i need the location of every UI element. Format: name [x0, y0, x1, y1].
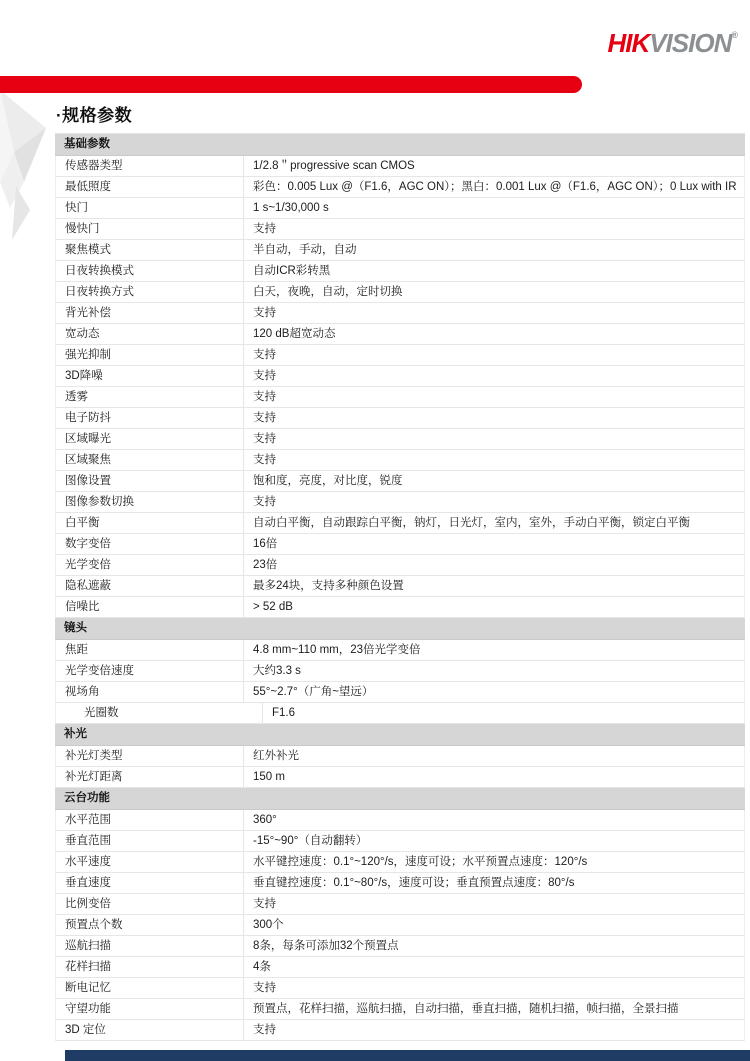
spec-label: 巡航扫描 [56, 936, 244, 956]
spec-value: 最多24块，支持多种颜色设置 [244, 576, 744, 596]
spec-row: 隐私遮蔽最多24块，支持多种颜色设置 [55, 576, 745, 597]
spec-row: 透雾支持 [55, 387, 745, 408]
spec-value: 支持 [244, 1020, 744, 1040]
spec-value: 4.8 mm~110 mm，23倍光学变倍 [244, 640, 744, 660]
spec-label: 宽动态 [56, 324, 244, 344]
spec-label: 水平范围 [56, 810, 244, 830]
spec-value: 支持 [244, 450, 744, 470]
spec-row: 比例变倍支持 [55, 894, 745, 915]
spec-value: 支持 [244, 366, 744, 386]
spec-row: 3D降噪支持 [55, 366, 745, 387]
spec-label: 守望功能 [56, 999, 244, 1019]
spec-value: 饱和度，亮度，对比度，锐度 [244, 471, 744, 491]
spec-label: 3D 定位 [56, 1020, 244, 1040]
spec-row: 聚焦模式半自动，手动，自动 [55, 240, 745, 261]
spec-row: 3D 定位支持 [55, 1020, 745, 1041]
spec-row: 日夜转换方式白天，夜晚，自动，定时切换 [55, 282, 745, 303]
spec-label: 聚焦模式 [56, 240, 244, 260]
spec-row: 慢快门支持 [55, 219, 745, 240]
spec-label: 图像设置 [56, 471, 244, 491]
spec-value: 垂直键控速度：0.1°~80°/s，速度可设；垂直预置点速度：80°/s [244, 873, 744, 893]
spec-row: 花样扫描4条 [55, 957, 745, 978]
spec-row: 区域聚焦支持 [55, 450, 745, 471]
spec-value: 4条 [244, 957, 744, 977]
spec-row: 快门1 s~1/30,000 s [55, 198, 745, 219]
spec-label: 比例变倍 [56, 894, 244, 914]
spec-label: 断电记忆 [56, 978, 244, 998]
spec-row: 图像设置饱和度，亮度，对比度，锐度 [55, 471, 745, 492]
spec-row: 水平速度水平键控速度：0.1°~120°/s，速度可设；水平预置点速度：120°… [55, 852, 745, 873]
spec-label: 透雾 [56, 387, 244, 407]
hikvision-logo: HIKVISION® [607, 28, 738, 59]
spec-value: 支持 [244, 408, 744, 428]
spec-label: 传感器类型 [56, 156, 244, 176]
spec-row: 信噪比> 52 dB [55, 597, 745, 618]
spec-label: 图像参数切换 [56, 492, 244, 512]
spec-row: 焦距4.8 mm~110 mm，23倍光学变倍 [55, 640, 745, 661]
spec-row: 电子防抖支持 [55, 408, 745, 429]
spec-value: 支持 [244, 894, 744, 914]
registered-mark: ® [731, 30, 738, 40]
spec-label: 光学变倍速度 [56, 661, 244, 681]
spec-row: 背光补偿支持 [55, 303, 745, 324]
spec-label: 日夜转换模式 [56, 261, 244, 281]
spec-row: 断电记忆支持 [55, 978, 745, 999]
footer-bar [65, 1050, 750, 1061]
spec-value: 自动ICR彩转黑 [244, 261, 744, 281]
spec-row: 水平范围360° [55, 810, 745, 831]
spec-label: 数字变倍 [56, 534, 244, 554]
spec-value: 自动白平衡，自动跟踪白平衡，钠灯，日光灯，室内，室外，手动白平衡，锁定白平衡 [244, 513, 744, 533]
spec-label: 区域聚焦 [56, 450, 244, 470]
spec-value: 300个 [244, 915, 744, 935]
section-header: 云台功能 [55, 788, 745, 810]
spec-label: 隐私遮蔽 [56, 576, 244, 596]
spec-value: 55°~2.7°（广角~望远） [244, 682, 744, 702]
spec-value: 支持 [244, 429, 744, 449]
spec-row: 传感器类型1/2.8＂progressive scan CMOS [55, 156, 745, 177]
spec-value: 120 dB超宽动态 [244, 324, 744, 344]
page-title: ·规格参数 [56, 101, 132, 126]
spec-row: 预置点个数300个 [55, 915, 745, 936]
spec-row: 最低照度彩色：0.005 Lux @（F1.6，AGC ON）；黑白：0.001… [55, 177, 745, 198]
spec-label: 视场角 [56, 682, 244, 702]
spec-value: -15°~90°（自动翻转） [244, 831, 744, 851]
spec-label: 快门 [56, 198, 244, 218]
spec-row: 巡航扫描8条，每条可添加32个预置点 [55, 936, 745, 957]
spec-label: 日夜转换方式 [56, 282, 244, 302]
spec-label: 垂直范围 [56, 831, 244, 851]
spec-label: 信噪比 [56, 597, 244, 617]
section-header: 补光 [55, 724, 745, 746]
spec-value: 半自动，手动，自动 [244, 240, 744, 260]
spec-value: 白天，夜晚，自动，定时切换 [244, 282, 744, 302]
spec-label: 焦距 [56, 640, 244, 660]
spec-value: 支持 [244, 303, 744, 323]
spec-value: 支持 [244, 219, 744, 239]
spec-row: 日夜转换模式自动ICR彩转黑 [55, 261, 745, 282]
spec-row: 图像参数切换支持 [55, 492, 745, 513]
spec-label: 补光灯距离 [56, 767, 244, 787]
spec-row: 守望功能预置点，花样扫描，巡航扫描，自动扫描，垂直扫描，随机扫描，帧扫描，全景扫… [55, 999, 745, 1020]
spec-row: 光学变倍23倍 [55, 555, 745, 576]
section-header: 镜头 [55, 618, 745, 640]
watermark-graphic [0, 90, 60, 255]
spec-value: 彩色：0.005 Lux @（F1.6，AGC ON）；黑白：0.001 Lux… [244, 177, 744, 197]
spec-label: 光圈数 [56, 703, 263, 723]
spec-label: 补光灯类型 [56, 746, 244, 766]
spec-label: 花样扫描 [56, 957, 244, 977]
spec-value: > 52 dB [244, 597, 744, 617]
spec-label: 垂直速度 [56, 873, 244, 893]
spec-row: 宽动态120 dB超宽动态 [55, 324, 745, 345]
logo-hik-text: HIK [607, 28, 649, 58]
spec-value: 1/2.8＂progressive scan CMOS [244, 156, 744, 176]
spec-row: 垂直范围-15°~90°（自动翻转） [55, 831, 745, 852]
spec-row: 光学变倍速度大约3.3 s [55, 661, 745, 682]
spec-label: 光学变倍 [56, 555, 244, 575]
spec-row: 视场角55°~2.7°（广角~望远） [55, 682, 745, 703]
spec-label: 背光补偿 [56, 303, 244, 323]
spec-label: 强光抑制 [56, 345, 244, 365]
spec-label: 白平衡 [56, 513, 244, 533]
spec-label: 最低照度 [56, 177, 244, 197]
spec-row: 强光抑制支持 [55, 345, 745, 366]
spec-label: 3D降噪 [56, 366, 244, 386]
spec-row: 光圈数F1.6 [55, 703, 745, 724]
spec-label: 电子防抖 [56, 408, 244, 428]
spec-row: 数字变倍16倍 [55, 534, 745, 555]
spec-row: 区域曝光支持 [55, 429, 745, 450]
red-banner-bar [0, 76, 582, 93]
spec-label: 慢快门 [56, 219, 244, 239]
spec-value: 大约3.3 s [244, 661, 744, 681]
spec-value: 支持 [244, 387, 744, 407]
spec-value: 1 s~1/30,000 s [244, 198, 744, 218]
spec-value: 8条，每条可添加32个预置点 [244, 936, 744, 956]
spec-value: 360° [244, 810, 744, 830]
spec-row: 补光灯类型红外补光 [55, 746, 745, 767]
spec-row: 补光灯距离150 m [55, 767, 745, 788]
spec-value: 预置点，花样扫描，巡航扫描，自动扫描，垂直扫描，随机扫描，帧扫描，全景扫描 [244, 999, 744, 1019]
spec-value: 23倍 [244, 555, 744, 575]
spec-value: 水平键控速度：0.1°~120°/s，速度可设；水平预置点速度：120°/s [244, 852, 744, 872]
logo-vision-text: VISION [649, 28, 731, 58]
spec-value: 支持 [244, 492, 744, 512]
spec-table: 基础参数传感器类型1/2.8＂progressive scan CMOS最低照度… [55, 133, 745, 1041]
spec-value: F1.6 [263, 703, 744, 723]
spec-value: 支持 [244, 345, 744, 365]
spec-row: 垂直速度垂直键控速度：0.1°~80°/s，速度可设；垂直预置点速度：80°/s [55, 873, 745, 894]
spec-label: 预置点个数 [56, 915, 244, 935]
section-header: 基础参数 [55, 134, 745, 156]
spec-label: 水平速度 [56, 852, 244, 872]
spec-value: 150 m [244, 767, 744, 787]
spec-value: 红外补光 [244, 746, 744, 766]
spec-row: 白平衡自动白平衡，自动跟踪白平衡，钠灯，日光灯，室内，室外，手动白平衡，锁定白平… [55, 513, 745, 534]
spec-value: 支持 [244, 978, 744, 998]
spec-value: 16倍 [244, 534, 744, 554]
spec-label: 区域曝光 [56, 429, 244, 449]
